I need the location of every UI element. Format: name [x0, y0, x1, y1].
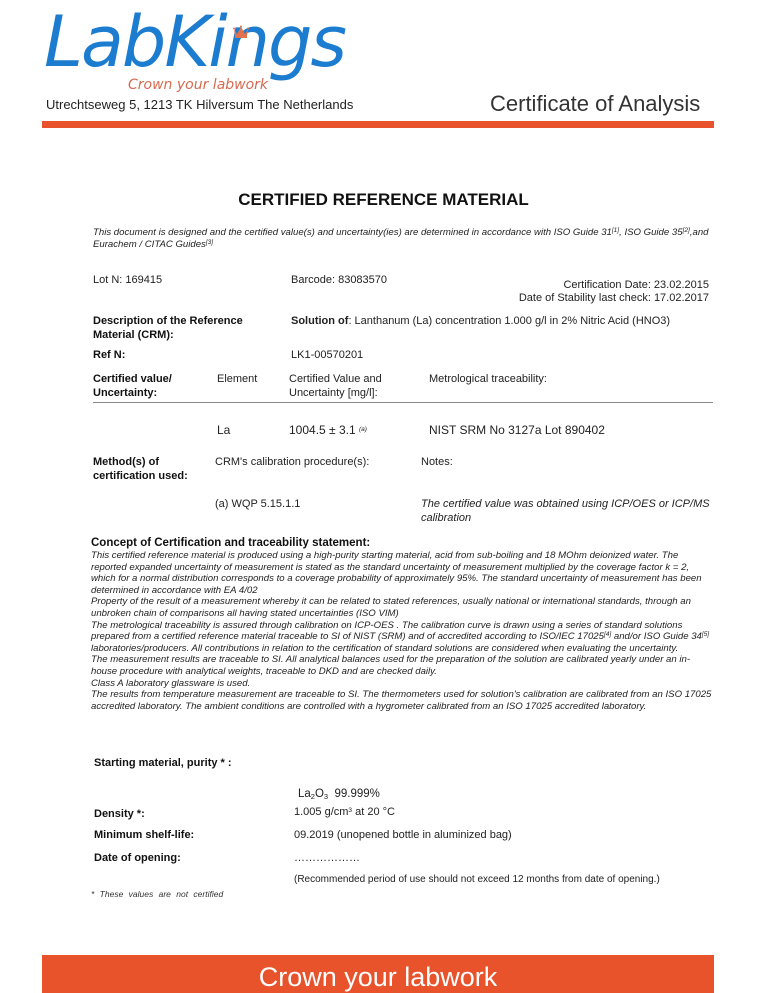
- lot-number: Lot N: 169415: [93, 273, 162, 287]
- description-value: Solution of: Lanthanum (La) concentratio…: [291, 314, 670, 328]
- document-type: Certificate of Analysis: [490, 91, 700, 117]
- company-address: Utrechtseweg 5, 1213 TK Hilversum The Ne…: [46, 97, 353, 112]
- col-notes-header: Notes:: [421, 455, 453, 469]
- table-divider: [93, 402, 713, 403]
- stability-check-date: Date of Stability last check: 17.02.2017: [519, 291, 709, 305]
- starting-material-label: Starting material, purity * :: [94, 756, 232, 770]
- value-cell: 1004.5 ± 3.1 (a): [289, 423, 367, 437]
- intro-statement: This document is designed and the certif…: [93, 227, 713, 251]
- col-traceability-header: Metrological traceability:: [429, 372, 547, 386]
- footer-slogan-bar: Crown your labwork: [42, 955, 714, 993]
- methods-label: Method(s) of certification used:: [93, 455, 203, 483]
- procedure-value: (a) WQP 5.15.1.1: [215, 497, 300, 511]
- page-title: CERTIFIED REFERENCE MATERIAL: [0, 190, 767, 210]
- header-divider: [42, 121, 714, 128]
- certified-label: Certified value/ Uncertainty:: [93, 372, 203, 400]
- ref-value: LK1-00570201: [291, 348, 363, 362]
- crown-icon: [233, 25, 249, 38]
- starting-material-value: La2O3 99.999%: [298, 787, 380, 801]
- shelf-life-value: 09.2019 (unopened bottle in aluminized b…: [294, 828, 512, 842]
- brand-logo: LabKings: [44, 4, 345, 80]
- col-procedure-header: CRM's calibration procedure(s):: [215, 455, 369, 469]
- opening-date-field: ………………: [294, 851, 360, 865]
- concept-paragraph: Property of the result of a measurement …: [91, 596, 716, 619]
- shelf-life-label: Minimum shelf-life:: [94, 828, 194, 842]
- method-note: The certified value was obtained using I…: [421, 497, 711, 525]
- element-cell: La: [217, 423, 230, 437]
- concept-paragraph: The metrological traceability is assured…: [91, 620, 716, 655]
- concept-paragraph: Class A laboratory glassware is used.: [91, 678, 716, 690]
- col-value-header: Certified Value and Uncertainty [mg/l]:: [289, 372, 404, 400]
- density-value: 1.005 g/cm3 at 20 °C: [294, 805, 395, 819]
- description-label: Description of the Reference Material (C…: [93, 314, 273, 342]
- brand-tagline: Crown your labwork: [128, 77, 268, 93]
- concept-paragraph: The results from temperature measurement…: [91, 689, 716, 712]
- col-element-header: Element: [217, 372, 257, 386]
- barcode: Barcode: 83083570: [291, 273, 387, 287]
- density-label: Density *:: [94, 807, 145, 821]
- opening-date-label: Date of opening:: [94, 851, 181, 865]
- footnote: * These values are not certified: [91, 889, 223, 899]
- concept-heading: Concept of Certification and traceabilit…: [91, 537, 370, 549]
- ref-label: Ref N:: [93, 348, 125, 362]
- traceability-cell: NIST SRM No 3127a Lot 890402: [429, 423, 605, 437]
- opening-note: (Recommended period of use should not ex…: [294, 873, 660, 887]
- concept-paragraph: The measurement results are traceable to…: [91, 654, 716, 677]
- certification-date: Certification Date: 23.02.2015: [563, 278, 709, 292]
- concept-paragraph: This certified reference material is pro…: [91, 550, 716, 596]
- concept-body: This certified reference material is pro…: [91, 550, 716, 712]
